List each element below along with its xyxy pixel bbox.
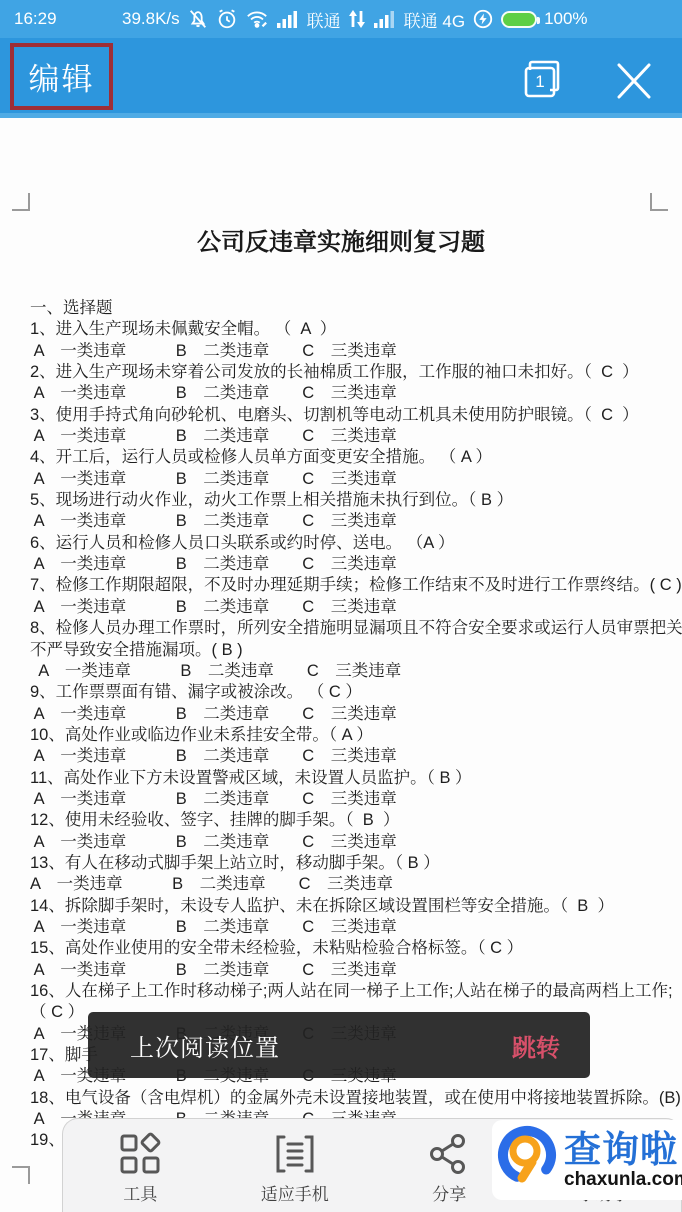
doc-line: A 一类违章 B 二类违章 C 三类违章 xyxy=(30,469,682,490)
window-count: 1 xyxy=(526,68,554,96)
page-corner-mark-top-right xyxy=(650,193,668,211)
tools-label: 工具 xyxy=(123,1180,157,1205)
watermark-name: 查询啦 xyxy=(564,1130,682,1170)
alarm-clock-icon xyxy=(216,8,238,30)
doc-line: 13、有人在移动式脚手架上站立时，移动脚手架。（ B ） xyxy=(30,853,682,874)
share-label: 分享 xyxy=(432,1180,466,1205)
battery-percent: 100% xyxy=(544,9,587,29)
doc-line: 18、电气设备（含电焊机）的金属外壳未设置接地装置，或在使用中将接地装置拆除。(… xyxy=(30,1088,682,1109)
doc-line: 2、进入生产现场未穿着公司发放的长袖棉质工作服，工作服的袖口未扣好。（ C ） xyxy=(30,362,682,383)
last-read-position-toast: 上次阅读位置 跳转 xyxy=(88,1012,590,1078)
status-bar: 16:29 39.8K/s xyxy=(0,0,682,38)
page-corner-mark-top-left xyxy=(12,193,30,211)
watermark-url: chaxunla.com xyxy=(564,1170,682,1190)
doc-line: 12、使用未经验收、签字、挂牌的脚手架。（ B ） xyxy=(30,810,682,831)
charging-bolt-icon xyxy=(472,8,494,30)
signal-bars-2-icon xyxy=(373,9,397,29)
chaxunla-logo-icon xyxy=(492,1122,562,1199)
doc-line: 16、人在梯子上工作时移动梯子;两人站在同一梯子上工作;人站在梯子的最高两档上工… xyxy=(30,981,682,1002)
tools-grid-icon xyxy=(118,1131,162,1177)
doc-line: A 一类违章 B 二类违章 C 三类违章 xyxy=(30,554,682,575)
doc-line: A 一类违章 B 二类违章 C 三类违章 xyxy=(30,661,682,682)
doc-line: 15、高处作业使用的安全带未经检验，未粘贴检验合格标签。（ C ） xyxy=(30,938,682,959)
doc-line: 8、检修人员办理工作票时，所列安全措施明显漏项且不符合安全要求或运行人员审票把关 xyxy=(30,618,682,639)
doc-line: 11、高处作业下方未设置警戒区域，未设置人员监护。（ B ） xyxy=(30,768,682,789)
doc-line: A 一类违章 B 二类违章 C 三类违章 xyxy=(30,874,682,895)
doc-line: 一、选择题 xyxy=(30,298,682,319)
clock-time: 16:29 xyxy=(14,9,57,29)
fit-phone-label: 适应手机 xyxy=(261,1180,329,1205)
carrier-label-2: 联通 4G xyxy=(404,7,465,32)
page-corner-mark-bottom-left xyxy=(12,1166,30,1184)
toast-message: 上次阅读位置 xyxy=(130,1028,280,1063)
doc-line: 7、检修工作期限超限，不及时办理延期手续；检修工作结束不及时进行工作票终结。( … xyxy=(30,575,682,596)
doc-line: A 一类违章 B 二类违章 C 三类违章 xyxy=(30,746,682,767)
edit-button[interactable]: 编辑 xyxy=(10,43,113,110)
battery-icon xyxy=(501,11,537,28)
jump-button[interactable]: 跳转 xyxy=(512,1028,560,1063)
doc-line: A 一类违章 B 二类违章 C 三类违章 xyxy=(30,789,682,810)
carrier-label-1: 联通 xyxy=(307,7,341,32)
wifi-icon xyxy=(245,8,269,30)
doc-line: 6、运行人员和检修人员口头联系或约时停、送电。 （A ） xyxy=(30,533,682,554)
edit-button-label: 编辑 xyxy=(29,54,95,99)
app-toolbar: 编辑 1 xyxy=(0,38,682,118)
doc-line: 10、高处作业或临边作业未系挂安全带。（ A ） xyxy=(30,725,682,746)
document-title: 公司反违章实施细则复习题 xyxy=(0,222,682,257)
doc-line: 3、使用手持式角向砂轮机、电磨头、切割机等电动工机具未使用防护眼镜。（ C ） xyxy=(30,405,682,426)
fit-phone-icon xyxy=(272,1131,318,1177)
doc-line: A 一类违章 B 二类违章 C 三类违章 xyxy=(30,511,682,532)
doc-line: A 一类违章 B 二类违章 C 三类违章 xyxy=(30,597,682,618)
doc-line: 5、现场进行动火作业，动火工作票上相关措施未执行到位。（ B ） xyxy=(30,490,682,511)
share-icon xyxy=(427,1131,471,1177)
window-switcher-button[interactable]: 1 xyxy=(520,58,566,102)
mute-bell-icon xyxy=(187,8,209,30)
close-button[interactable] xyxy=(614,62,654,100)
doc-line: 不严导致安全措施漏项。( B ) xyxy=(30,640,682,661)
doc-line: 14、拆除脚手架时，未设专人监护、未在拆除区域设置围栏等安全措施。（ B ） xyxy=(30,896,682,917)
doc-line: A 一类违章 B 二类违章 C 三类违章 xyxy=(30,704,682,725)
doc-line: A 一类违章 B 二类违章 C 三类违章 xyxy=(30,832,682,853)
doc-line: A 一类违章 B 二类违章 C 三类违章 xyxy=(30,383,682,404)
doc-line: A 一类违章 B 二类违章 C 三类违章 xyxy=(30,917,682,938)
network-speed: 39.8K/s xyxy=(122,9,180,29)
signal-bars-icon xyxy=(276,9,300,29)
chaxunla-watermark: 查询啦 chaxunla.com xyxy=(492,1120,682,1200)
doc-line: 1、进入生产现场未佩戴安全帽。 （ A ） xyxy=(30,319,682,340)
fit-phone-button[interactable]: 适应手机 xyxy=(218,1119,373,1212)
doc-line: A 一类违章 B 二类违章 C 三类违章 xyxy=(30,341,682,362)
doc-line: 9、工作票票面有错、漏字或被涂改。 （ C ） xyxy=(30,682,682,703)
doc-line: A 一类违章 B 二类违章 C 三类违章 xyxy=(30,960,682,981)
tools-button[interactable]: 工具 xyxy=(63,1119,218,1212)
data-arrows-icon xyxy=(348,8,366,30)
doc-line: 4、开工后，运行人员或检修人员单方面变更安全措施。 （ A ） xyxy=(30,447,682,468)
doc-line: A 一类违章 B 二类违章 C 三类违章 xyxy=(30,426,682,447)
